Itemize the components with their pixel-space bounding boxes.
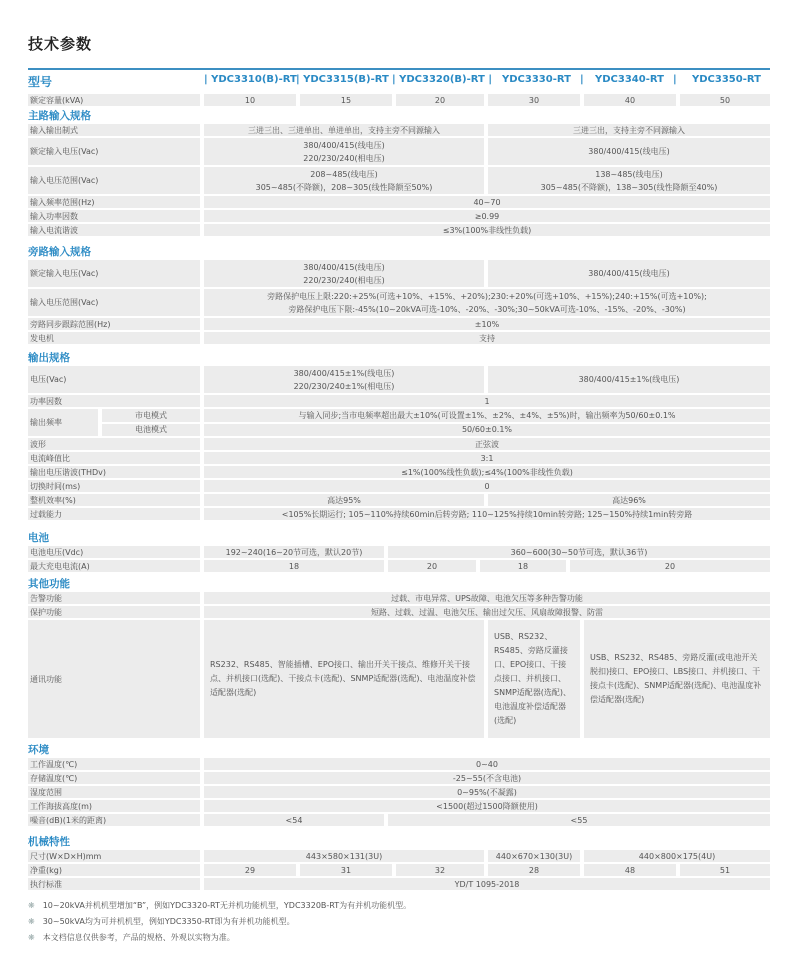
bullet-icon: ❋	[28, 914, 35, 930]
row-label: 输入电流谐波	[28, 224, 200, 236]
row-value: 28	[488, 864, 580, 876]
row-label: 输入频率范围(Hz)	[28, 196, 200, 208]
row-label: 整机效率(%)	[28, 494, 200, 506]
row-value: 支持	[204, 332, 770, 344]
row-value: 18	[480, 560, 566, 572]
row-value: 0	[204, 480, 770, 492]
section-main-input-title: 主路输入规格	[28, 108, 91, 123]
row-value: <54	[204, 814, 384, 826]
row-value: 380/400/415(线电压)	[488, 260, 770, 287]
row-label: 净重(kg)	[28, 864, 200, 876]
row-value: 30	[488, 94, 580, 106]
row-value: YD/T 1095-2018	[204, 878, 770, 890]
row-label: 电压(Vac)	[28, 366, 200, 393]
row-value: 20	[388, 560, 476, 572]
row-value: 32	[396, 864, 484, 876]
row-value: 360~600(30~50节可选，默认36节)	[388, 546, 770, 558]
model-header-6: |	[673, 74, 677, 85]
row-value: 443×580×131(3U)	[204, 850, 484, 862]
row-label: 发电机	[28, 332, 200, 344]
row-value: 0~95%(不凝露)	[204, 786, 770, 798]
row-label: 功率因数	[28, 395, 200, 407]
model-header-0: | YDC3310(B)-RT	[204, 74, 297, 85]
row-value: 50/60±0.1%	[204, 424, 770, 437]
footnote-text: 本文档信息仅供参考，产品的规格、外观以实物为准。	[43, 930, 235, 946]
row-value: 29	[204, 864, 296, 876]
row-value: 与输入同步;当市电频率超出最大±10%(可设置±1%、±2%、±4%、±5%)时…	[204, 409, 770, 422]
row-value: 15	[300, 94, 392, 106]
row-label: 保护功能	[28, 606, 200, 618]
row-label: 湿度范围	[28, 786, 200, 798]
row-label: 额定输入电压(Vac)	[28, 138, 200, 165]
row-value: 380/400/415(线电压)220/230/240(相电压)	[204, 260, 484, 287]
row-value: 208~485(线电压)305~485(不降额)，208~305(线性降额至50…	[204, 167, 484, 194]
bullet-icon: ❋	[28, 898, 35, 914]
row-label: 存储温度(℃)	[28, 772, 200, 784]
page-title: 技术参数	[28, 33, 92, 54]
row-label: 通讯功能	[28, 620, 200, 738]
row-value: <105%长期运行; 105~110%持续60min后转旁路; 110~125%…	[204, 508, 770, 520]
row-value: 380/400/415(线电压)	[488, 138, 770, 165]
row-value: <1500(超过1500降额使用)	[204, 800, 770, 812]
row-label: 噪音(dB)(1米的距离)	[28, 814, 200, 826]
row-value: 18	[204, 560, 384, 572]
row-value: 正弦波	[204, 438, 770, 450]
section-mechanical-title: 机械特性	[28, 834, 70, 849]
section-battery-title: 电池	[28, 530, 49, 545]
row-value: 三进三出、三进单出、单进单出，支持主旁不同源输入	[204, 124, 484, 136]
row-value: 3:1	[204, 452, 770, 464]
row-label: 电流峰值比	[28, 452, 200, 464]
footnote-item: ❋本文档信息仅供参考，产品的规格、外观以实物为准。	[28, 930, 411, 946]
row-label: 最大充电电流(A)	[28, 560, 200, 572]
row-label: 尺寸(W×D×H)mm	[28, 850, 200, 862]
row-value: 高达95%	[204, 494, 484, 506]
row-value: 过载、市电异常、UPS故障、电池欠压等多种告警功能	[204, 592, 770, 604]
row-value: 31	[300, 864, 392, 876]
row-value: 0~40	[204, 758, 770, 770]
row-value: 旁路保护电压上限:220:+25%(可选+10%、+15%、+20%);230:…	[204, 289, 770, 316]
row-value: 380/400/415(线电压)220/230/240(相电压)	[204, 138, 484, 165]
row-label: 额定容量(kVA)	[28, 94, 200, 106]
row-value: 40~70	[204, 196, 770, 208]
row-value: ±10%	[204, 318, 770, 330]
row-value: 10	[204, 94, 296, 106]
row-sublabel: 电池模式	[102, 424, 200, 437]
row-label: 告警功能	[28, 592, 200, 604]
row-label: 旁路同步跟踪范围(Hz)	[28, 318, 200, 330]
model-header-4: |	[580, 74, 584, 85]
footnote-item: ❋10~20kVA并机机型增加“B”，例如YDC3320-RT无并机功能机型，Y…	[28, 898, 411, 914]
row-label: 工作温度(℃)	[28, 758, 200, 770]
header-rule	[28, 68, 770, 70]
row-label: 过载能力	[28, 508, 200, 520]
section-output-title: 输出规格	[28, 350, 70, 365]
footnote-text: 30~50kVA均为可并机机型，例如YDC3350-RT即为有并机功能机型。	[43, 914, 295, 930]
row-label: 额定输入电压(Vac)	[28, 260, 200, 287]
row-value: RS232、RS485、智能插槽、EPO接口、输出开关干接点、维修开关干接点、并…	[204, 620, 484, 738]
bullet-icon: ❋	[28, 930, 35, 946]
row-value: 三进三出，支持主旁不同源输入	[488, 124, 770, 136]
footnote-text: 10~20kVA并机机型增加“B”，例如YDC3320-RT无并机功能机型，YD…	[43, 898, 411, 914]
row-value: <55	[388, 814, 770, 826]
model-header-2: | YDC3320(B)-RT |	[392, 74, 492, 85]
model-header-3: YDC3330-RT	[502, 74, 571, 85]
row-label: 波形	[28, 438, 200, 450]
row-value: 20	[570, 560, 770, 572]
row-label: 输入电压范围(Vac)	[28, 289, 200, 316]
row-label: 工作海拔高度(m)	[28, 800, 200, 812]
row-label: 输出频率	[28, 409, 98, 436]
row-value: 51	[680, 864, 770, 876]
model-header-7: YDC3350-RT	[692, 74, 761, 85]
row-label: 切换时间(ms)	[28, 480, 200, 492]
row-label: 输入功率因数	[28, 210, 200, 222]
row-value: 192~240(16~20节可选，默认20节)	[204, 546, 384, 558]
row-value: 138~485(线电压)305~485(不降额)，138~305(线性降额至40…	[488, 167, 770, 194]
row-value: 440×800×175(4U)	[584, 850, 770, 862]
row-value: 高达96%	[488, 494, 770, 506]
model-header-5: YDC3340-RT	[595, 74, 664, 85]
row-value: 1	[204, 395, 770, 407]
row-value: ≥0.99	[204, 210, 770, 222]
row-value: 440×670×130(3U)	[488, 850, 580, 862]
row-value: ≤1%(100%线性负载);≤4%(100%非线性负载)	[204, 466, 770, 478]
model-header-label: 型号	[28, 73, 52, 90]
row-value: 20	[396, 94, 484, 106]
footnotes: ❋10~20kVA并机机型增加“B”，例如YDC3320-RT无并机功能机型，Y…	[28, 898, 411, 946]
row-label: 电池电压(Vdc)	[28, 546, 200, 558]
row-value: 50	[680, 94, 770, 106]
row-value: ≤3%(100%非线性负载)	[204, 224, 770, 236]
row-value: -25~55(不含电池)	[204, 772, 770, 784]
model-header-1: | YDC3315(B)-RT	[296, 74, 389, 85]
row-label: 输出电压谐波(THDv)	[28, 466, 200, 478]
row-value: 380/400/415±1%(线电压)	[488, 366, 770, 393]
row-label: 执行标准	[28, 878, 200, 890]
row-value: 短路、过载、过温、电池欠压、输出过欠压、风扇故障报警、防雷	[204, 606, 770, 618]
section-bypass-input-title: 旁路输入规格	[28, 244, 91, 259]
row-value: 40	[584, 94, 676, 106]
section-environment-title: 环境	[28, 742, 49, 757]
row-value: USB、RS232、RS485、旁路反灌接口、EPO接口、干接点接口、并机接口、…	[488, 620, 580, 738]
row-sublabel: 市电模式	[102, 409, 200, 422]
row-label: 输入电压范围(Vac)	[28, 167, 200, 194]
row-label: 输入输出制式	[28, 124, 200, 136]
row-value: USB、RS232、RS485、旁路反灌(或电池开关脱扣)接口、EPO接口、LB…	[584, 620, 770, 738]
section-other-title: 其他功能	[28, 576, 70, 591]
row-value: 48	[584, 864, 676, 876]
row-value: 380/400/415±1%(线电压)220/230/240±1%(相电压)	[204, 366, 484, 393]
footnote-item: ❋30~50kVA均为可并机机型，例如YDC3350-RT即为有并机功能机型。	[28, 914, 411, 930]
